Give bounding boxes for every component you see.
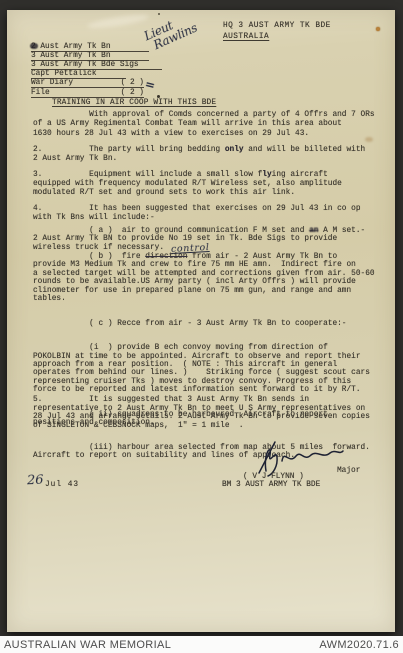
sub-paragraph-b: ( b ) fire direction from air - 2 Aust A… bbox=[33, 253, 375, 303]
paragraph-3-text: 3. Equipment will include a small slow f bbox=[33, 171, 262, 179]
distribution-row: 3 Aust Army Tk Bn bbox=[31, 52, 149, 61]
paragraph-3: 3. Equipment will include a small slow f… bbox=[33, 171, 342, 199]
overwritten-word: only bbox=[225, 146, 244, 154]
letterhead-country: AUSTRALIA bbox=[223, 32, 331, 43]
paragraph-1: With approval of Comds concerned a party… bbox=[33, 111, 375, 139]
ink-blot bbox=[30, 43, 38, 49]
archive-caption-bar: AUSTRALIAN WAR MEMORIAL AWM2020.71.6 bbox=[0, 636, 403, 653]
typed-date: Jul 43 bbox=[45, 481, 79, 490]
paragraph-5: 5. It is suggested that 3 Aust Army Tk B… bbox=[33, 396, 370, 430]
distribution-row: 2 Aust Army Tk Bn bbox=[31, 43, 149, 52]
paper-crease bbox=[87, 12, 150, 31]
signatory-title: BM 3 AUST ARMY TK BDE bbox=[222, 481, 320, 490]
distribution-label: Capt Pettalick bbox=[31, 70, 97, 78]
rust-spot bbox=[376, 27, 380, 31]
signatory-rank: Major bbox=[337, 467, 360, 476]
paragraph-2-text: 2. The party will bring bedding bbox=[33, 146, 225, 154]
distribution-row: 3 Aust Army Tk Bde Sigs bbox=[31, 61, 162, 70]
distribution-row: Capt Pettalick bbox=[31, 70, 126, 79]
distribution-label: War Diary bbox=[31, 79, 73, 87]
document-page: HQ 3 AUST ARMY TK BDE AUSTRALIA Lieut Ra… bbox=[7, 10, 395, 632]
institution-name: AUSTRALIAN WAR MEMORIAL bbox=[4, 639, 171, 651]
distribution-count: ( 2 ) bbox=[121, 89, 144, 97]
paper-speck bbox=[158, 13, 160, 15]
paragraph-4: 4. It has been suggested that exercises … bbox=[33, 205, 361, 223]
sub-paragraph-c-item-i: (i ) provide B ech convoy moving from di… bbox=[33, 344, 370, 394]
letterhead: HQ 3 AUST ARMY TK BDE AUSTRALIA bbox=[223, 21, 331, 43]
distribution-row: File ( 2 ) bbox=[31, 88, 144, 97]
distribution-count: ( 2 ) bbox=[121, 79, 144, 87]
distribution-label: File bbox=[31, 89, 50, 97]
signature bbox=[253, 439, 345, 477]
archive-photograph: HQ 3 AUST ARMY TK BDE AUSTRALIA Lieut Ra… bbox=[0, 0, 403, 653]
sub-paragraph-a-text: ( a ) air to ground communication F M se… bbox=[33, 227, 309, 235]
distribution-label: 3 Aust Army Tk Bde Sigs bbox=[31, 61, 139, 69]
distribution-label: 3 Aust Army Tk Bn bbox=[31, 52, 111, 60]
overwritten-word: ly bbox=[262, 171, 271, 179]
document-title: TRAINING IN AIR COOP WITH THIS BDE bbox=[52, 99, 216, 108]
distribution-label: 2 Aust Army Tk Bn bbox=[31, 43, 111, 51]
distribution-list: 2 Aust Army Tk Bn 3 Aust Army Tk Bn 3 Au… bbox=[31, 43, 162, 98]
sub-paragraph-c-heading: ( c ) Recce from air - 3 Aust Army Tk Bn… bbox=[33, 320, 370, 328]
letterhead-unit: HQ 3 AUST ARMY TK BDE bbox=[223, 21, 331, 32]
struck-through-word: direction bbox=[145, 253, 187, 261]
scribbled-out-word: an bbox=[309, 227, 318, 235]
accession-number: AWM2020.71.6 bbox=[319, 639, 399, 651]
paragraph-2: 2. The party will bring bedding only and… bbox=[33, 146, 365, 165]
distribution-row: War Diary ( 2 ) bbox=[31, 79, 144, 88]
sub-paragraph-b-text: ( b ) fire bbox=[33, 253, 145, 261]
sub-paragraph-b-text: from air - 2 Aust Army Tk Bn to provide … bbox=[33, 253, 375, 303]
handwritten-date-day: 26 bbox=[27, 473, 44, 489]
